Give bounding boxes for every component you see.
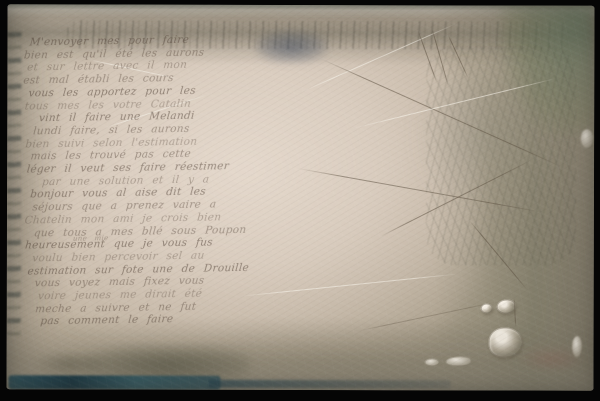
vignette-overlay (6, 4, 594, 391)
photo-frame: M'envoyer mes pour faire bien est qu'il … (0, 0, 600, 401)
daguerreotype-plate: M'envoyer mes pour faire bien est qu'il … (6, 4, 594, 391)
